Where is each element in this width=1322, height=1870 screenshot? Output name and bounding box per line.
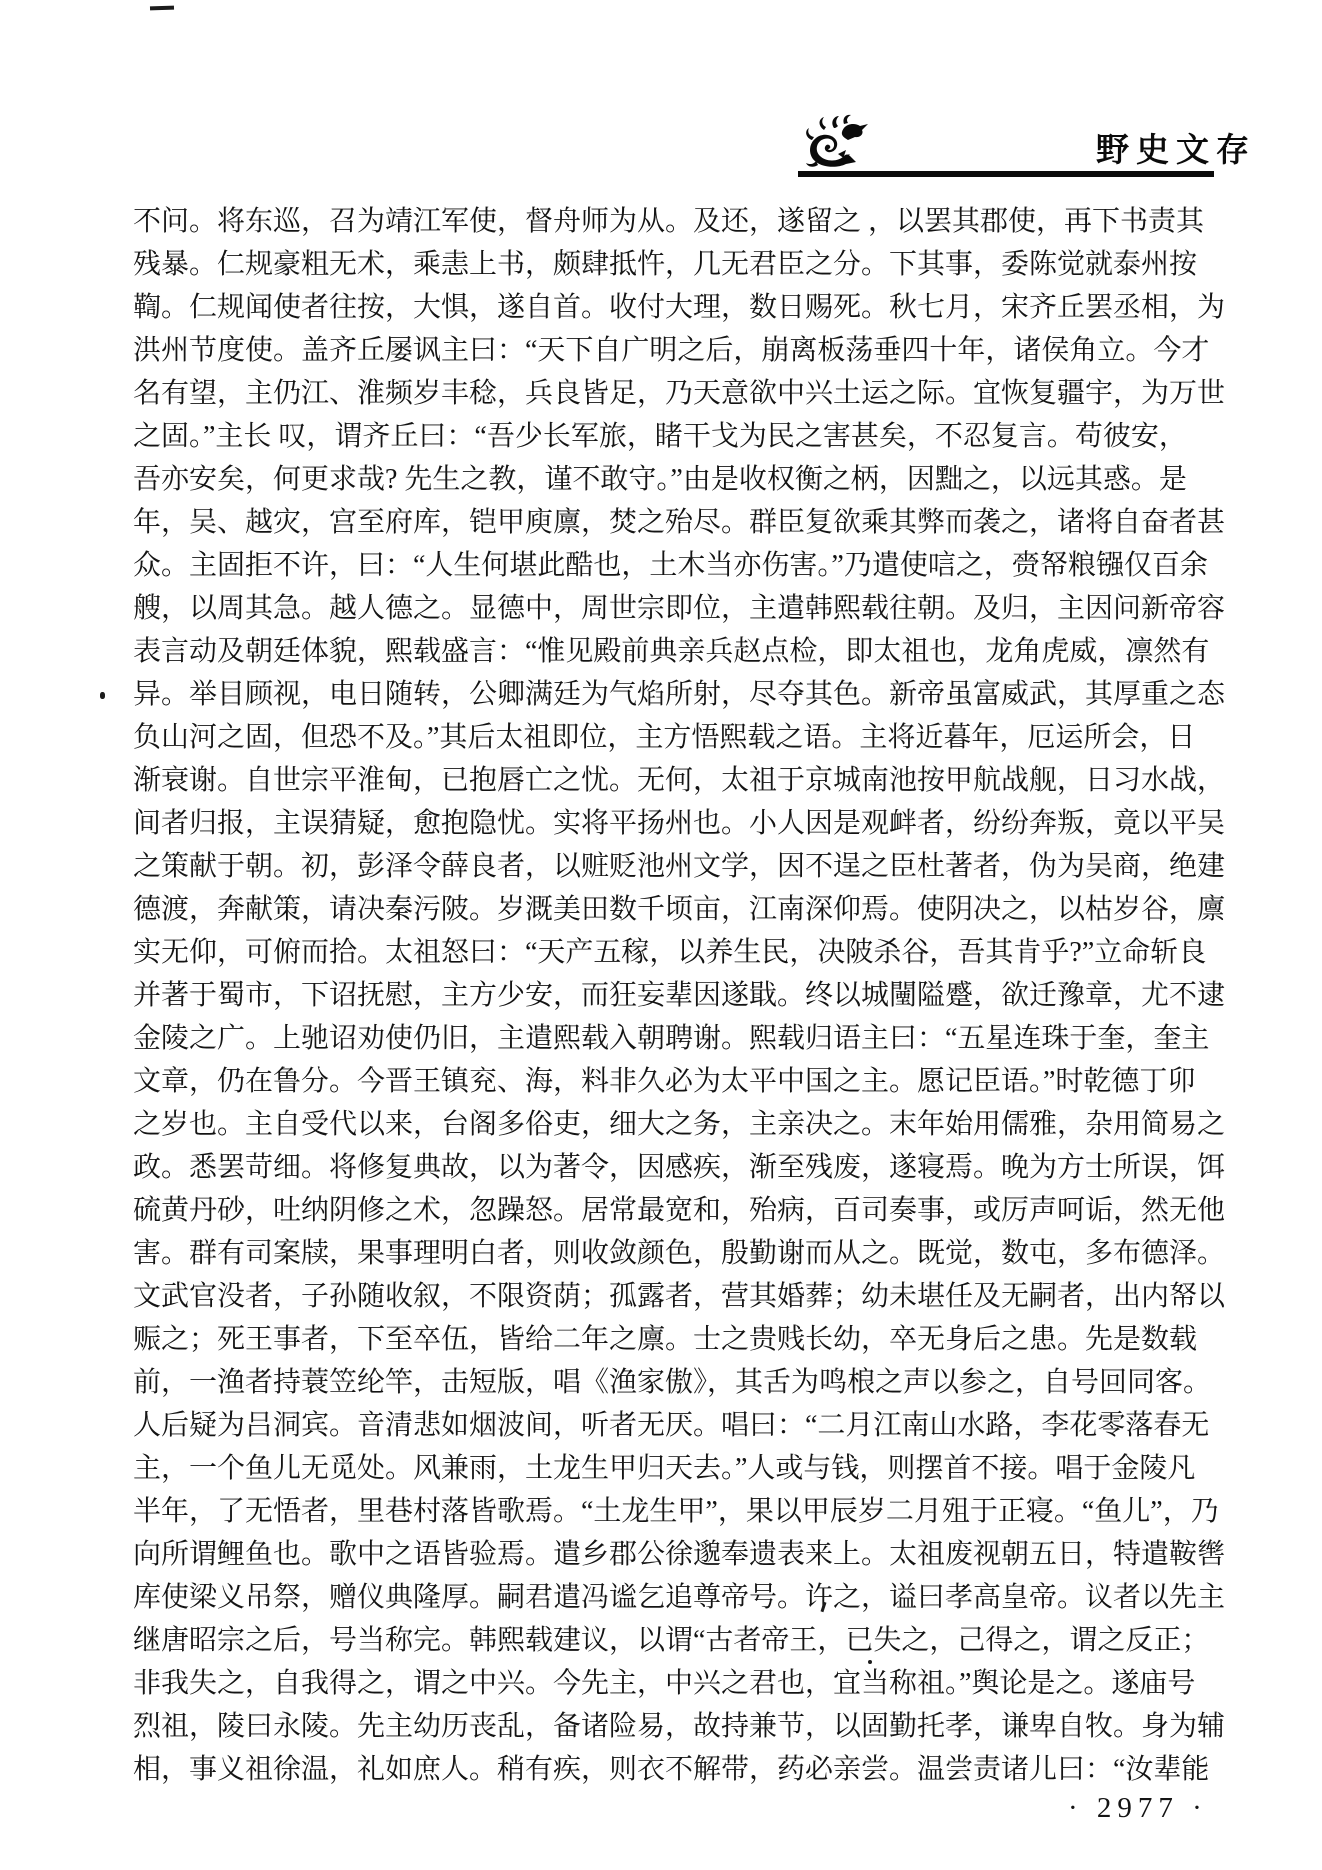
text-line: 之岁也。主自受代以来，台阁多俗吏，细大之务，主亲决之。末年始用儒雅，杂用简易之 bbox=[133, 1103, 1245, 1146]
text-line: 渐衰谢。自世宗平淮甸，已抱唇亡之忧。无何，太祖于京城南池按甲航战舰，日习水战， bbox=[133, 759, 1245, 802]
text-line: 吾亦安矣，何更求哉? 先生之教，谨不敢守。”由是收权衡之柄，因黜之，以远其惑。是 bbox=[133, 458, 1245, 501]
text-line: 洪州节度使。盖齐丘屡讽主曰：“天下自广明之后，崩离板荡垂四十年，诸侯角立。今才 bbox=[133, 329, 1245, 372]
text-line: 政。悉罢苛细。将修复典故，以为著令，因感疾，渐至残废，遂寝焉。晚为方士所误，饵 bbox=[133, 1146, 1245, 1189]
text-line: 金陵之广。上驰诏劝使仍旧，主遣熙载入朝聘谢。熙载归语主曰：“五星连珠于奎，奎主 bbox=[133, 1017, 1245, 1060]
scan-artifact-dash bbox=[150, 6, 174, 11]
header-rule bbox=[798, 171, 1214, 177]
text-line: 库使梁义吊祭，赠仪典隆厚。嗣君遣冯谧乞追尊帝号。许之，谥曰孝高皇帝。议者以先主 bbox=[133, 1576, 1245, 1619]
text-line: 间者归报，主误猜疑，愈抱隐忧。实将平扬州也。小人因是观衅者，纷纷奔叛，竟以平吴 bbox=[133, 802, 1245, 845]
book-page: 野史文存 不问。将东巡，召为靖江军使，督舟师为从。及还，遂留之 ，以罢其郡使，再… bbox=[0, 0, 1322, 1870]
text-line: 鞫。仁规闻使者往按，大惧，遂自首。收付大理，数日赐死。秋七月，宋齐丘罢丞相，为 bbox=[133, 286, 1245, 329]
scan-artifact-dot bbox=[868, 1660, 872, 1664]
text-line: 赈之；死王事者，下至卒伍，皆给二年之廪。士之贵贱长幼，卒无身后之患。先是数载 bbox=[133, 1318, 1245, 1361]
text-line: 文章，仍在鲁分。今晋王镇兖、海，料非久必为太平中国之主。愿记臣语。”时乾德丁卯 bbox=[133, 1060, 1245, 1103]
text-line: 残暴。仁规豪粗无术，乘恚上书，颇肆抵忤，几无君臣之分。下其事，委陈觉就泰州按 bbox=[133, 243, 1245, 286]
page-header: 野史文存 bbox=[0, 0, 1322, 185]
text-line: 相，事义祖徐温，礼如庶人。稍有疾，则衣不解带，药必亲尝。温尝责诸儿曰：“汝辈能 bbox=[133, 1748, 1245, 1791]
text-line: 前，一渔者持蓑笠纶竿，击短版，唱《渔家傲》，其舌为鸣桹之声以参之，自号回同客。 bbox=[133, 1361, 1245, 1404]
text-line: 半年，了无悟者，里巷村落皆歌焉。“土龙生甲”，果以甲辰岁二月殂于正寝。“鱼儿”，… bbox=[133, 1490, 1245, 1533]
text-line: 人后疑为吕洞宾。音清悲如烟波间，听者无厌。唱曰：“二月江南山水路，李花零落春无 bbox=[133, 1404, 1245, 1447]
text-line: 文武官没者，子孙随收叙，不限资荫；孤露者，营其婚葬；幼未堪任及无嗣者，出内帑以 bbox=[133, 1275, 1245, 1318]
page-number: · 2977 · bbox=[1068, 1792, 1208, 1825]
text-line: 之策献于朝。初，彭泽令薛良者，以赃贬池州文学，因不逞之臣杜著者，伪为吴商，绝建 bbox=[133, 845, 1245, 888]
scan-artifact-dot bbox=[100, 692, 105, 699]
text-line: 害。群有司案牍，果事理明白者，则收敛颜色，殷勤谢而从之。既觉，数屯，多布德泽。 bbox=[133, 1232, 1245, 1275]
text-line: 硫黄丹砂，吐纳阴修之术，忽躁怒。居常最宽和，殆病，百司奏事，或厉声呵诟，然无他 bbox=[133, 1189, 1245, 1232]
text-line: 艘，以周其急。越人德之。显德中，周世宗即位，主遣韩熙载往朝。及归，主因问新帝容 bbox=[133, 587, 1245, 630]
text-line: 名有望，主仍江、淮频岁丰稔，兵良皆足，乃天意欲中兴土运之际。宜恢复疆宇，为万世 bbox=[133, 372, 1245, 415]
book-title: 野史文存 bbox=[1096, 124, 1222, 171]
text-line: 向所谓鲤鱼也。歌中之语皆验焉。遣乡郡公徐邈奉遗表来上。太祖废视朝五日，特遣鞍辔 bbox=[133, 1533, 1245, 1576]
body-text: 不问。将东巡，召为靖江军使，督舟师为从。及还，遂留之 ，以罢其郡使，再下书责其残… bbox=[133, 200, 1245, 1791]
text-line: 年，吴、越灾，宫至府库，铠甲庾廪，焚之殆尽。群臣复欲乘其弊而袭之，诸将自奋者甚 bbox=[133, 501, 1245, 544]
text-line: 不问。将东巡，召为靖江军使，督舟师为从。及还，遂留之 ，以罢其郡使，再下书责其 bbox=[133, 200, 1245, 243]
text-line: 众。主固拒不许，曰：“人生何堪此酷也，土木当亦伤害。”乃遣使唁之，赍帑粮镪仅百余 bbox=[133, 544, 1245, 587]
text-line: 表言动及朝廷体貌，熙载盛言：“惟见殿前典亲兵赵点检，即太祖也，龙角虎威，凛然有 bbox=[133, 630, 1245, 673]
text-line: 之固。”主长 叹，谓齐丘曰：“吾少长军旅，睹干戈为民之害甚矣，不忍复言。苟彼安， bbox=[133, 415, 1245, 458]
text-line: 德渡，奔献策，请决秦污陂。岁溉美田数千顷亩，江南深仰焉。使阴决之，以枯岁谷，廪 bbox=[133, 888, 1245, 931]
text-line: 主，一个鱼儿无觅处。风兼雨，土龙生甲归天去。”人或与钱，则摆首不接。唱于金陵凡 bbox=[133, 1447, 1245, 1490]
text-line: 非我失之，自我得之，谓之中兴。今先主，中兴之君也，宜当称祖。”舆论是之。遂庙号 bbox=[133, 1662, 1245, 1705]
text-line: 烈祖，陵曰永陵。先主幼历丧乱，备诸险易，故持兼节，以固勤托孝，谦卑自牧。身为辅 bbox=[133, 1705, 1245, 1748]
dragon-emblem-icon bbox=[798, 110, 874, 174]
text-line: 异。举目顾视，电日随转，公卿满廷为气焰所射，尽夺其色。新帝虽富威武，其厚重之态 bbox=[133, 673, 1245, 716]
text-line: 继唐昭宗之后，号当称完。韩熙载建议，以谓“古者帝王，已失之，己得之，谓之反正； bbox=[133, 1619, 1245, 1662]
text-line: 并著于蜀市，下诏抚慰，主方少安，而狂妄辈因遂戢。终以城闉隘蹙，欲迁豫章，尤不逮 bbox=[133, 974, 1245, 1017]
text-line: 实无仰，可俯而拾。太祖怒曰：“天产五稼，以养生民，决陂杀谷，吾其肯乎?”立命斩良 bbox=[133, 931, 1245, 974]
text-line: 负山河之固，但恐不及。”其后太祖即位，主方悟熙载之语。主将近暮年，厄运所会，日 bbox=[133, 716, 1245, 759]
